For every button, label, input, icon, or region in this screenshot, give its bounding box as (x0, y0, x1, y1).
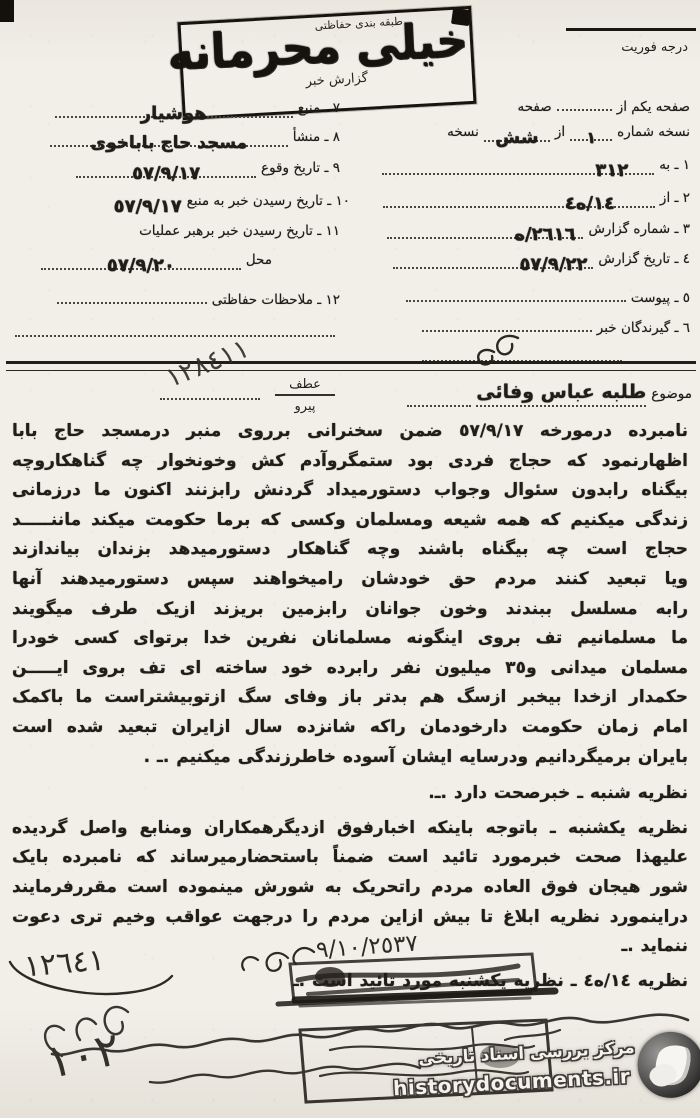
dotted-line (57, 289, 207, 304)
recipients-row: ٦ ـ گیرندگان خبر (422, 317, 690, 336)
archive-logo-icon (636, 1030, 700, 1099)
opinion-sunday-line: شور هیجان فوق العاده مردم راتحریک به شور… (12, 873, 688, 903)
body-line: رابه مسلسل ببندند وخون جوانان رابزمین بر… (12, 595, 688, 625)
dotted-line: ٢٦١٦/ه (387, 224, 583, 239)
report-number-row: ٣ ـ شماره گزارش ٢٦١٦/ه (387, 221, 690, 239)
date-to-source-label: ١٠ ـ تاریخ رسیدن خبر به منبع (187, 193, 350, 209)
subject-label: موضوع (651, 386, 692, 402)
field-to-label: ١ ـ به (659, 157, 690, 173)
copy-number-row: نسخه شماره ١ از شش نسخه (447, 124, 690, 142)
followup-label: پیرو (295, 399, 316, 414)
reference-block: عطف پیرو (262, 377, 348, 414)
body-line: اظهارنمود که حجاج فردی بود ستمگروآدم کش … (12, 447, 688, 477)
opinion-sunday-line: نظریه یکشنبه ـ باتوجه باینکه اخبارفوق از… (12, 814, 688, 844)
location-date-value: ٥٧/٩/٢٠ (107, 257, 175, 275)
body-line: ویا تبعید کنند مردم حق خودشان رامیخواهند… (12, 565, 688, 595)
reference-label: عطف (275, 377, 335, 396)
header-rule (566, 28, 696, 31)
handwritten-ref-number: ١٢٨٤١١ (161, 333, 253, 394)
dotted-line: ٥٧/٩/١٧ (76, 163, 256, 178)
body-line: امام زمان حکومت دارخودمان راکه شانزده سا… (12, 713, 688, 743)
copy-number-label: نسخه شماره (617, 124, 690, 140)
field-to-row: ١ ـ به ٣١٢ (382, 157, 690, 175)
field-from-value: ١٤/ه٤ (565, 195, 615, 213)
occurrence-date-label: ٩ ـ تاریخ وقوع (261, 160, 340, 176)
opinion-sunday-line: علیهذا صحت خبرمورد تائید است ضمناً باستح… (12, 843, 688, 873)
security-notes-label: ١٢ ـ ملاحظات حفاظتی (212, 292, 340, 308)
page-number-row: صفحه یکم از صفحه (517, 96, 690, 115)
watermark-title: مرکز بررسی اسناد تاریخی (418, 1038, 635, 1068)
date-to-ops-row: ١١ ـ تاریخ رسیدن خبر برهبر عملیات (10, 223, 340, 239)
field-from-label: ٢ ـ از (660, 190, 690, 206)
dotted-line (407, 392, 471, 407)
report-number-label: ٣ ـ شماره گزارش (588, 221, 690, 237)
date-to-ops-label: ١١ ـ تاریخ رسیدن خبر برهبر عملیات (139, 223, 340, 239)
attachment-row: ٥ ـ پیوست (406, 287, 690, 306)
page-word-label: صفحه (517, 99, 551, 115)
dotted-line: ٣١٢ (382, 160, 654, 175)
field-from-row: ٢ ـ از ١٤/ه٤ (383, 190, 690, 208)
date-to-source-value: ٥٧/٩/١٧ (113, 198, 181, 216)
report-date-row: ٤ ـ تاریخ گزارش ٥٧/٩/٢٢ (393, 251, 690, 269)
page-of-label: صفحه یکم از (617, 99, 690, 115)
archive-watermark: مرکز بررسی اسناد تاریخی historydocuments… (406, 1028, 700, 1118)
occurrence-date-row: ٩ ـ تاریخ وقوع ٥٧/٩/١٧ (10, 160, 340, 178)
dotted-line (557, 96, 612, 111)
opinion-sunday-line: دراینمورد نظریه ابلاغ تا بیش ازاین مردم … (12, 903, 688, 933)
dotted-line: شش (484, 127, 550, 142)
source-label: ٧ ـ منبع (298, 100, 340, 116)
opinion-saturday: نظریه شنبه ـ خبرصحت دارد .ـ. (12, 779, 688, 809)
origin-value: مسجد حاج باباخوی (90, 135, 247, 152)
source-value: هوشیار (141, 105, 207, 123)
recipients-label: ٦ ـ گیرندگان خبر (597, 320, 690, 336)
copy-count-value: شش (495, 129, 538, 147)
copy-number-value: ١ (586, 130, 596, 146)
scan-corner-mark (0, 0, 14, 22)
field-to-value: ٣١٢ (595, 162, 628, 180)
dotted-line: ١ (570, 126, 612, 141)
dotted-line: مسجد حاج باباخوی (50, 132, 288, 147)
body-line: مسلمان میدانی و٣٥ میلیون نفر رابرده خود … (12, 654, 688, 684)
section-divider-rule (6, 361, 696, 371)
source-row: ٧ ـ منبع هوشیار (10, 100, 340, 118)
dotted-line (160, 398, 260, 400)
scanned-document-page: طبقه بندی حفاظتی خیلی محرمانه گزارش خبر … (0, 0, 700, 1118)
watermark-url: historydocuments.ir (393, 1064, 631, 1100)
copies-word-label: نسخه (447, 124, 479, 140)
origin-label: ٨ ـ منشأ (293, 129, 340, 145)
subject-value: طلبه عباس وفائی (476, 381, 646, 407)
security-notes-row: ١٢ ـ ملاحظات حفاظتی (10, 289, 340, 308)
secrecy-stamp-text: خیلی محرمانه (166, 13, 469, 82)
dotted-line (15, 322, 335, 337)
report-date-value: ٥٧/٩/٢٢ (519, 256, 587, 274)
dotted-line: ١٤/ه٤ (383, 193, 655, 208)
location-row: محل ٥٧/٩/٢٠ (10, 252, 272, 270)
report-date-label: ٤ ـ تاریخ گزارش (598, 251, 690, 267)
urgency-label: درجه فوریت (621, 40, 688, 55)
origin-row: ٨ ـ منشأ مسجد حاج باباخوی (10, 129, 340, 147)
body-line: نامبرده درمورخه ٥٧/٩/١٧ ضمن سخنرانی بررو… (12, 417, 688, 447)
dotted-line (406, 287, 626, 302)
dotted-line: ٥٧/٩/٢٠ (41, 255, 241, 270)
dotted-line: ٥٧/٩/٢٢ (393, 254, 593, 269)
blank-dotted-row (10, 322, 335, 337)
report-number-value: ٢٦١٦/ه (514, 226, 575, 244)
location-label: محل (246, 252, 272, 268)
of-label: از (555, 124, 565, 140)
subject-row: موضوع طلبه عباس وفائی (407, 381, 692, 407)
report-body: نامبرده درمورخه ٥٧/٩/١٧ ضمن سخنرانی بررو… (12, 417, 688, 996)
body-line: بایران برمیگردانیم ودرسایه ایشان آسوده خ… (12, 743, 688, 773)
body-line: حجاج است چه بیگناه باشند وچه گناهکار دست… (12, 535, 688, 565)
body-line: ما مسلمانیم تف بروی اینگونه مسلمانان نفر… (12, 624, 688, 654)
date-to-source-row: ١٠ ـ تاریخ رسیدن خبر به منبع ٥٧/٩/١٧ (4, 191, 350, 209)
body-line: زندگی میکنیم که همه شیعه ومسلمان وکسی که… (12, 506, 688, 536)
body-line: بیگناه رابدون سئوال وجواب دستورمیداد گرد… (12, 476, 688, 506)
attachment-label: ٥ ـ پیوست (631, 290, 690, 306)
dotted-line: هوشیار (55, 103, 293, 118)
occurrence-date-value: ٥٧/٩/١٧ (132, 165, 200, 183)
report-type-label: گزارش خبر (305, 71, 368, 89)
body-line: حکمدار ازخدا بیخبر ازسگ هم بدتر باز وفای… (12, 683, 688, 713)
